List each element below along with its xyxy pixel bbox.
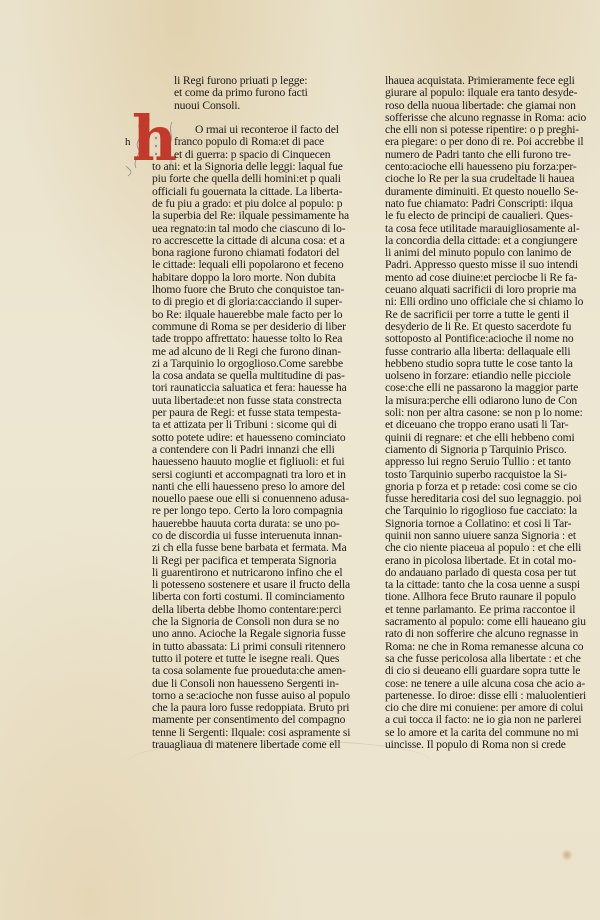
- book-page: h h li Regi furono priuati p legge: et c…: [0, 0, 600, 920]
- text-line: cioche lo Re per la sua crudeltade li ha…: [385, 173, 600, 185]
- heading-line: et come da primo furono facti: [152, 87, 367, 99]
- text-line: piu forte che quella delli homini:et p q…: [152, 173, 367, 185]
- text-line: era piegare: o per dono di re. Poi accre…: [385, 136, 600, 148]
- text-line: le cittade: lequali elli popolarono et f…: [152, 259, 367, 271]
- text-line: re per longo tepo. Certo la loro compagn…: [152, 505, 367, 517]
- text-line: di cio si deueano elli guardare sopra tu…: [385, 665, 600, 677]
- text-line: mamente per consentimento del compagno: [152, 714, 367, 726]
- text-line: me ad alcuno de li Regi che furono dinan…: [152, 346, 367, 358]
- text-line: franco populo di Roma:et di pace: [152, 136, 367, 148]
- text-line: ta cosa fece utilitade marauigliosamente…: [385, 223, 600, 235]
- text-line: ta cosa solamente fue proueduta:che amen…: [152, 665, 367, 677]
- text-line: zi ch ella fusse bene barbata et fermata…: [152, 542, 367, 554]
- guide-letter: h: [125, 136, 131, 148]
- text-line: fusse contrario alla liberta: dellaquale…: [385, 346, 600, 358]
- text-line: sottoposto al Pontifice:acioche il nome …: [385, 333, 600, 345]
- text-line: tori raunaticcia saluatica et fera: haue…: [152, 382, 367, 394]
- text-line: giurare al populo: ilquale era tanto des…: [385, 87, 600, 99]
- text-line: ni: Elli ordino uno officiale che si chi…: [385, 296, 600, 308]
- text-line: tione. Allhora fece Bruto raunare il pop…: [385, 591, 600, 603]
- text-line: liberta con forti costumi. Il cominciame…: [152, 591, 367, 603]
- text-line: tosto Tarquinio superbo racquistoe la Si…: [385, 469, 600, 481]
- left-column: li Regi furono priuati p legge: et come …: [152, 75, 367, 751]
- text-line: sersi cogiunti et accompagnati tra loro …: [152, 469, 367, 481]
- heading-line: nuoui Consoli.: [152, 100, 367, 112]
- text-line: che cio niente piaceua al populo : et ch…: [385, 542, 600, 554]
- text-line: et diceuano che troppo erano usati li Ta…: [385, 419, 600, 431]
- text-line: Padri. Appresso questo misse il suo inte…: [385, 259, 600, 271]
- text-line: che Tarquinio lo rigoglioso fue cacciato…: [385, 505, 600, 517]
- text-line: due li Consoli non hauesseno Sergenti in…: [152, 678, 367, 690]
- text-line: a cui tocca il facto: ne io gia non ne p…: [385, 714, 600, 726]
- text-line: rato di non sofferire che alcuno regnass…: [385, 628, 600, 640]
- text-line: to di pregio et di gloria:cacciando il s…: [152, 296, 367, 308]
- text-line: uincisse. Il populo di Roma non si crede: [385, 739, 600, 751]
- text-line: tade troppo affrettato: hauesse tolto lo…: [152, 333, 367, 345]
- text-line: uea regnato:in tal modo che ciascuno di …: [152, 223, 367, 235]
- text-line: trauagliaua di matenere libertade come e…: [152, 739, 367, 751]
- right-column: lhauea acquistata. Primieramente fece eg…: [385, 75, 600, 751]
- text-line: cose: ne tenere a uile alcuna cosa che a…: [385, 678, 600, 690]
- text-line: le fu electo de principi de caualieri. Q…: [385, 210, 600, 222]
- text-line: cose:che elli ne passarono la maggior pa…: [385, 382, 600, 394]
- text-line: hauesseno hauuto moglie et figliuoli: et…: [152, 456, 367, 468]
- text-line: appresso lui regno Seruio Tullio : et ta…: [385, 456, 600, 468]
- text-line: la superbia del Re: ilquale pessimamente…: [152, 210, 367, 222]
- text-line: ta et attizata per li Tribuni : sicome q…: [152, 419, 367, 431]
- text-line: uno anno. Acioche la Regale signoria fus…: [152, 628, 367, 640]
